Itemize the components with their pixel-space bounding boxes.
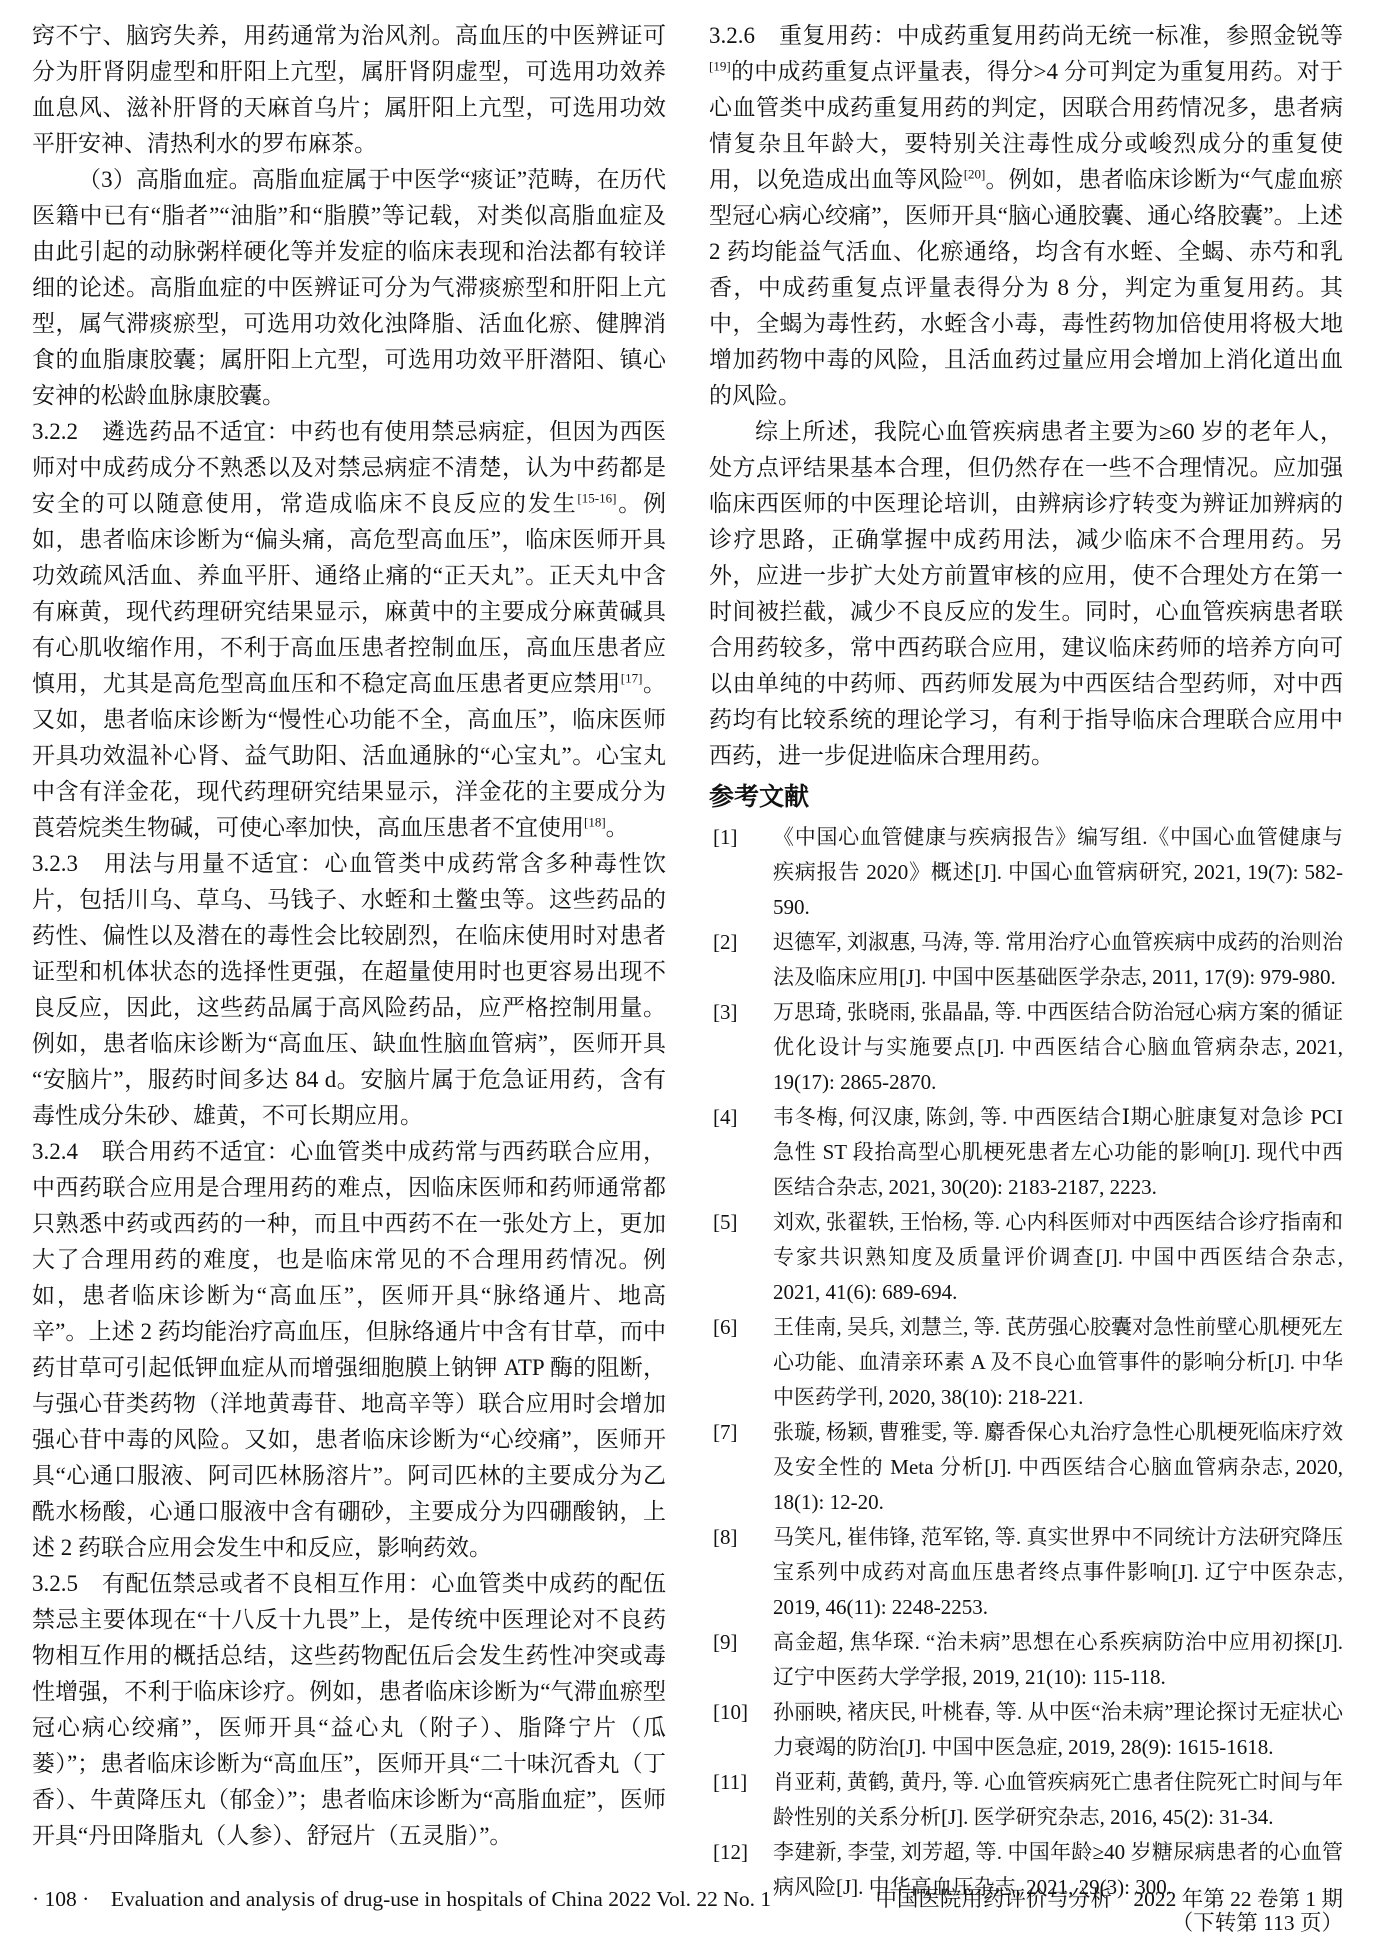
footer-page-info-en: · 108 · Evaluation and analysis of drug-… (32, 1882, 771, 1916)
reference-item: [1] 《中国心血管健康与疾病报告》编写组.《中国心血管健康与疾病报告 2020… (709, 820, 1343, 925)
journal-page: 窍不宁、脑窍失养，用药通常为治风剂。高血压的中医辨证可分为肝肾阴虚型和肝阳上亢型… (0, 0, 1375, 1940)
para-hyperlipidemia: （3）高脂血症。高脂血症属于中医学“痰证”范畴，在历代医籍中已有“脂者”“油脂”… (32, 162, 666, 414)
reference-text: 孙丽映, 褚庆民, 叶桃春, 等. 从中医“治未病”理论探讨无症状心力衰竭的防治… (773, 1700, 1343, 1759)
reference-text: 迟德军, 刘淑惠, 马涛, 等. 常用治疗心血管疾病中成药的治则治法及临床应用[… (773, 930, 1343, 989)
reference-item: [8] 马笑凡, 崔伟锋, 范军铭, 等. 真实世界中不同统计方法研究降压宝系列… (709, 1520, 1343, 1625)
reference-number: [9] (713, 1625, 738, 1660)
reference-number: [1] (713, 820, 738, 855)
text-run: 3.2.6 重复用药：中成药重复用药尚无统一标准，参照金锐等 (709, 23, 1343, 48)
reference-text: 张璇, 杨颖, 曹雅雯, 等. 麝香保心丸治疗急性心肌梗死临床疗效及安全性的 M… (773, 1420, 1343, 1514)
text-run: 。 (606, 815, 629, 840)
section-3-2-3: 3.2.3 用法与用量不适宜：心血管类中成药常含多种毒性饮片，包括川乌、草乌、马… (32, 846, 666, 1134)
two-column-layout: 窍不宁、脑窍失养，用药通常为治风剂。高血压的中医辨证可分为肝肾阴虚型和肝阳上亢型… (0, 0, 1375, 1940)
para-summary: 综上所述，我院心血管疾病患者主要为≥60 岁的老年人，处方点评结果基本合理，但仍… (709, 414, 1343, 774)
reference-text: 万思琦, 张晓雨, 张晶晶, 等. 中西医结合防治冠心病方案的循证优化设计与实施… (773, 1000, 1343, 1094)
section-3-2-5: 3.2.5 有配伍禁忌或者不良相互作用：心血管类中成药的配伍禁忌主要体现在“十八… (32, 1566, 666, 1854)
reference-item: [10] 孙丽映, 褚庆民, 叶桃春, 等. 从中医“治未病”理论探讨无症状心力… (709, 1695, 1343, 1765)
citation-superscript: [19] (709, 58, 731, 73)
reference-item: [5] 刘欢, 张翟轶, 王怡杨, 等. 心内科医师对中西医结合诊疗指南和专家共… (709, 1205, 1343, 1310)
reference-item: [11] 肖亚莉, 黄鹤, 黄丹, 等. 心血管疾病死亡患者住院死亡时间与年龄性… (709, 1765, 1343, 1835)
reference-text: 王佳南, 吴兵, 刘慧兰, 等. 芪苈强心胶囊对急性前壁心肌梗死左心功能、血清亲… (773, 1315, 1343, 1409)
reference-text: 马笑凡, 崔伟锋, 范军铭, 等. 真实世界中不同统计方法研究降压宝系列中成药对… (773, 1525, 1343, 1619)
citation-superscript: [15-16] (577, 490, 616, 505)
reference-number: [6] (713, 1310, 738, 1345)
reference-item: [4] 韦冬梅, 何汉康, 陈剑, 等. 中西医结合Ⅰ期心脏康复对急诊 PCI … (709, 1100, 1343, 1205)
citation-superscript: [17] (621, 670, 643, 685)
para-continuation: 窍不宁、脑窍失养，用药通常为治风剂。高血压的中医辨证可分为肝肾阴虚型和肝阳上亢型… (32, 18, 666, 162)
reference-item: [7] 张璇, 杨颖, 曹雅雯, 等. 麝香保心丸治疗急性心肌梗死临床疗效及安全… (709, 1415, 1343, 1520)
reference-item: [2] 迟德军, 刘淑惠, 马涛, 等. 常用治疗心血管疾病中成药的治则治法及临… (709, 925, 1343, 995)
citation-superscript: [20] (964, 166, 986, 181)
right-column: 3.2.6 重复用药：中成药重复用药尚无统一标准，参照金锐等[19]的中成药重复… (709, 18, 1343, 1940)
section-3-2-6: 3.2.6 重复用药：中成药重复用药尚无统一标准，参照金锐等[19]的中成药重复… (709, 18, 1343, 414)
reference-text: 肖亚莉, 黄鹤, 黄丹, 等. 心血管疾病死亡患者住院死亡时间与年龄性别的关系分… (773, 1770, 1343, 1829)
reference-number: [5] (713, 1205, 738, 1240)
section-3-2-2: 3.2.2 遴选药品不适宜：中药也有使用禁忌病症，但因为西医师对中成药成分不熟悉… (32, 414, 666, 846)
reference-number: [3] (713, 995, 738, 1030)
text-run: 。例如，患者临床诊断为“气虚血瘀型冠心病心绞痛”，医师开具“脑心通胶囊、通心络胶… (709, 167, 1343, 408)
reference-number: [11] (713, 1765, 747, 1800)
page-footer: · 108 · Evaluation and analysis of drug-… (0, 1882, 1375, 1916)
reference-number: [8] (713, 1520, 738, 1555)
citation-superscript: [18] (584, 814, 606, 829)
text-run: 。又如，患者临床诊断为“慢性心功能不全，高血压”，临床医师开具功效温补心肾、益气… (32, 671, 666, 840)
text-run: 3.2.2 遴选药品不适宜：中药也有使用禁忌病症，但因为西医师对中成药成分不熟悉… (32, 419, 666, 516)
section-3-2-4: 3.2.4 联合用药不适宜：心血管类中成药常与西药联合应用，中西药联合应用是合理… (32, 1134, 666, 1566)
reference-text: 《中国心血管健康与疾病报告》编写组.《中国心血管健康与疾病报告 2020》概述[… (773, 825, 1343, 919)
reference-item: [3] 万思琦, 张晓雨, 张晶晶, 等. 中西医结合防治冠心病方案的循证优化设… (709, 995, 1343, 1100)
reference-number: [12] (713, 1835, 748, 1870)
reference-text: 高金超, 焦华琛. “治未病”思想在心系疾病防治中应用初探[J]. 辽宁中医药大… (773, 1630, 1343, 1689)
reference-text: 刘欢, 张翟轶, 王怡杨, 等. 心内科医师对中西医结合诊疗指南和专家共识熟知度… (773, 1210, 1343, 1304)
reference-number: [7] (713, 1415, 738, 1450)
references-heading: 参考文献 (709, 778, 1343, 818)
reference-number: [2] (713, 925, 738, 960)
left-column: 窍不宁、脑窍失养，用药通常为治风剂。高血压的中医辨证可分为肝肾阴虚型和肝阳上亢型… (32, 18, 666, 1940)
reference-item: [6] 王佳南, 吴兵, 刘慧兰, 等. 芪苈强心胶囊对急性前壁心肌梗死左心功能… (709, 1310, 1343, 1415)
reference-number: [4] (713, 1100, 738, 1135)
text-run: 。例如，患者临床诊断为“偏头痛，高危型高血压”，临床医师开具功效疏风活血、养血平… (32, 491, 666, 696)
reference-item: [9] 高金超, 焦华琛. “治未病”思想在心系疾病防治中应用初探[J]. 辽宁… (709, 1625, 1343, 1695)
reference-text: 韦冬梅, 何汉康, 陈剑, 等. 中西医结合Ⅰ期心脏康复对急诊 PCI 急性 S… (773, 1105, 1343, 1199)
footer-journal-info-zh: 中国医院用药评价与分析 2022 年第 22 卷第 1 期 (875, 1882, 1343, 1916)
reference-number: [10] (713, 1695, 748, 1730)
